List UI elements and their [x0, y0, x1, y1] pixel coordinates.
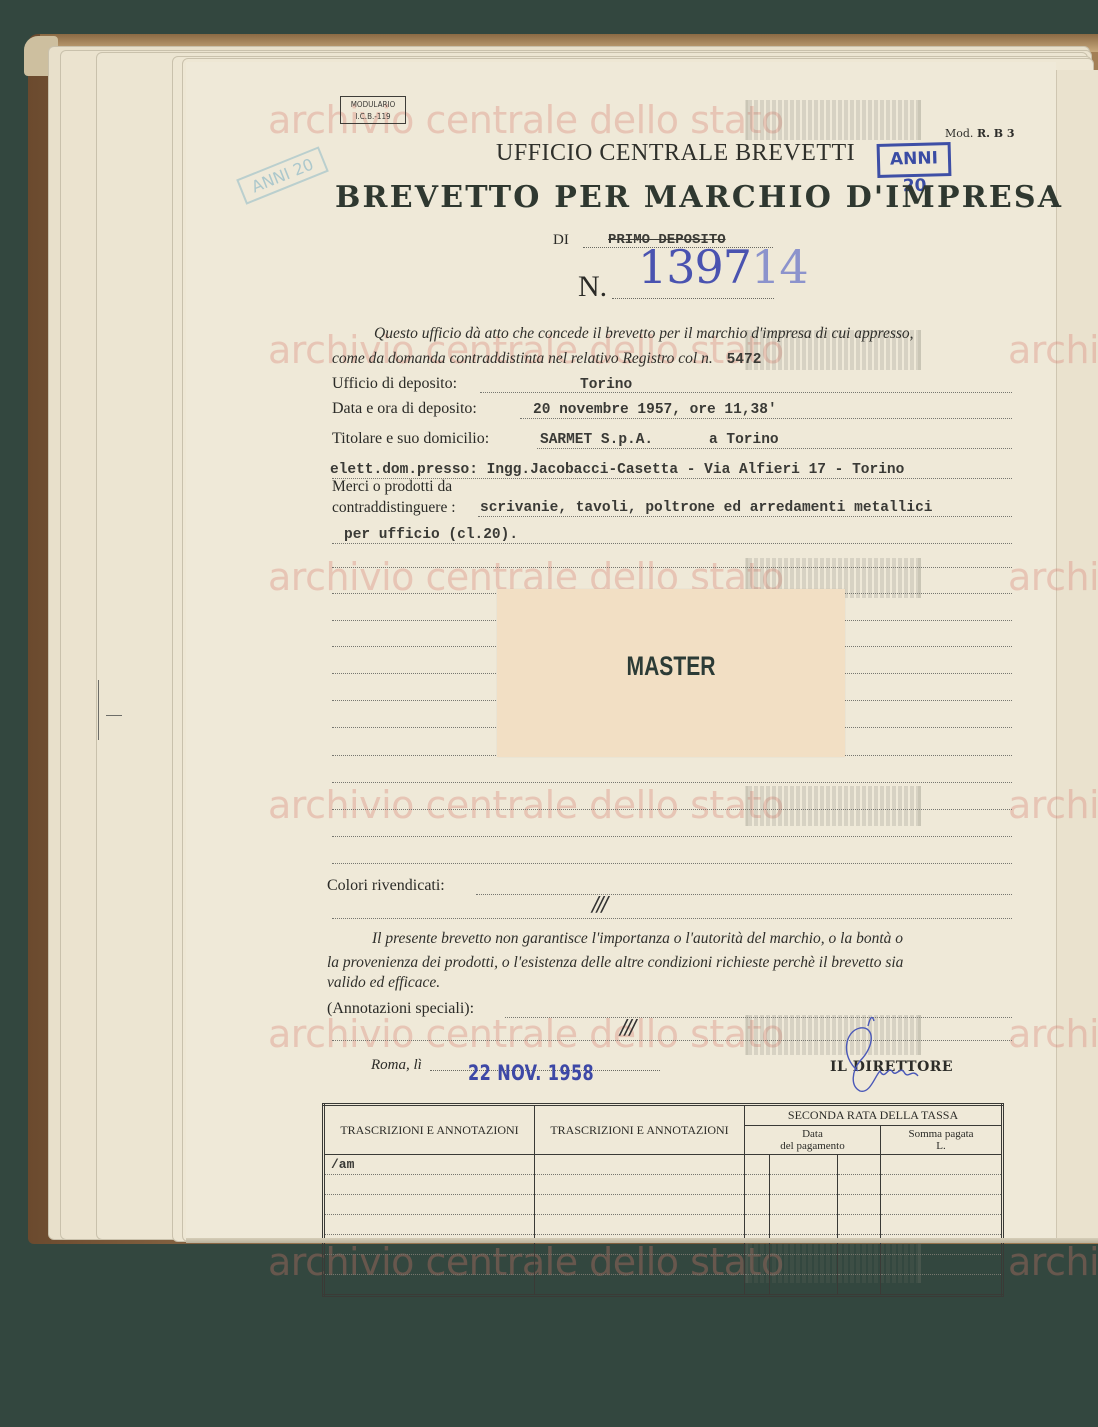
watermark-logo: [745, 100, 921, 140]
model-code-prefix: Mod.: [945, 127, 973, 140]
dotted-line: [520, 418, 1012, 419]
page-bottom-edge: [186, 1238, 1098, 1243]
dotted-line: [612, 298, 774, 299]
data-label: Data e ora di deposito:: [332, 400, 477, 418]
patent-number: 139714: [638, 240, 808, 294]
watermark-text: archivio: [1008, 1012, 1098, 1056]
intro-line-1: Questo ufficio dà atto che concede il br…: [374, 325, 914, 343]
place-label: Roma, lì: [371, 1057, 422, 1074]
dotted-line: [332, 543, 1012, 544]
table-row: [324, 1215, 1003, 1235]
watermark-logo: [745, 786, 921, 826]
table-row: [324, 1175, 1003, 1195]
col-header-somma-pagata: Somma pagata L.: [881, 1126, 1003, 1155]
binding-mark: [98, 680, 99, 740]
dotted-line: [478, 516, 1012, 517]
disclaimer-line-3: valido ed efficace.: [327, 974, 440, 992]
patent-number-main: 1397: [638, 240, 751, 294]
di-label: DI: [553, 232, 569, 249]
watermark-text: archivio: [1008, 328, 1098, 372]
dotted-line: [476, 894, 1012, 895]
watermark-text: archivio centrale dello stato: [268, 1012, 784, 1056]
registry-table: TRASCRIZIONI E ANNOTAZIONI TRASCRIZIONI …: [322, 1103, 1004, 1297]
merci-label-1: Merci o prodotti da: [332, 478, 452, 496]
table-row: [324, 1255, 1003, 1275]
titolare-city: a Torino: [709, 432, 779, 448]
issue-date-stamp: 22 NOV. 1958: [468, 1061, 594, 1085]
binding-mark: [106, 715, 122, 716]
next-page-edge: [1056, 70, 1098, 1240]
col-header-trascrizioni-2: TRASCRIZIONI E ANNOTAZIONI: [535, 1105, 745, 1155]
office-name: UFFICIO CENTRALE BREVETTI: [496, 140, 855, 167]
data-value: 20 novembre 1957, ore 11,38': [533, 402, 777, 418]
watermark-text: archivio: [1008, 1240, 1098, 1284]
intro-line-2: come da domanda contraddistinta nel rela…: [332, 350, 761, 368]
watermark-text: archivio: [1008, 555, 1098, 599]
registro-number: 5472: [727, 352, 762, 368]
patent-number-faded: 14: [751, 240, 808, 294]
dotted-line: [537, 448, 1012, 449]
disclaimer-line-1: Il presente brevetto non garantisce l'im…: [372, 930, 903, 948]
model-code: Mod. R. B 3: [945, 127, 1015, 140]
anni-stamp: ANNI 20: [877, 142, 952, 178]
table-cell: [535, 1155, 745, 1175]
merci-value-1: scrivanie, tavoli, poltrone ed arredamen…: [480, 500, 932, 516]
table-row: [324, 1275, 1003, 1296]
lire-label: L.: [883, 1140, 999, 1152]
col-header-trascrizioni-1: TRASCRIZIONI E ANNOTAZIONI: [324, 1105, 535, 1155]
ufficio-value: Torino: [580, 377, 632, 393]
first-row-note: /am: [324, 1155, 535, 1175]
form-code-box: MODULARIO I.C.B.-119: [340, 96, 406, 124]
intro-line-2-text: come da domanda contraddistinta nel rela…: [332, 350, 713, 367]
dotted-line: [332, 918, 1012, 919]
table-cell: [881, 1155, 1003, 1175]
table-row: /am: [324, 1155, 1003, 1175]
trademark-specimen: MASTER: [497, 589, 845, 757]
data-label: Data: [747, 1128, 878, 1140]
col-header-data-pagamento: Data del pagamento: [745, 1126, 881, 1155]
table-cell: [745, 1155, 770, 1175]
form-code-line1: MODULARIO: [341, 99, 405, 111]
form-code-line2: I.C.B.-119: [341, 111, 405, 123]
document-title: BREVETTO PER MARCHIO D'IMPRESA: [335, 180, 1063, 215]
number-label: N.: [578, 270, 607, 304]
dotted-line: [332, 809, 1012, 810]
dotted-line: [332, 836, 1012, 837]
dotted-line: [332, 782, 1012, 783]
titolare-name: SARMET S.p.A.: [540, 432, 653, 448]
merci-value-2: per ufficio (cl.20).: [344, 527, 518, 543]
del-pagamento-label: del pagamento: [747, 1140, 878, 1152]
dotted-line: [480, 392, 1012, 393]
col-header-seconda-rata: SECONDA RATA DELLA TASSA: [745, 1105, 1003, 1126]
domicilio-line: elett.dom.presso: Ingg.Jacobacci-Casetta…: [330, 462, 904, 478]
colori-label: Colori rivendicati:: [327, 877, 445, 895]
disclaimer-line-2: la provenienza dei prodotti, o l'esisten…: [327, 954, 903, 972]
titolare-label: Titolare e suo domicilio:: [332, 430, 489, 448]
dotted-line: [332, 863, 1012, 864]
model-code-value: R. B 3: [977, 127, 1015, 140]
dotted-line: [332, 567, 1012, 568]
somma-pagata-label: Somma pagata: [883, 1128, 999, 1140]
ufficio-label: Ufficio di deposito:: [332, 375, 457, 393]
table-cell: [770, 1155, 838, 1175]
watermark-text: archivio centrale dello stato: [268, 783, 784, 827]
annotazioni-label: (Annotazioni speciali):: [327, 1000, 474, 1018]
watermark-text: archivio: [1008, 783, 1098, 827]
signature-icon: [830, 1016, 940, 1096]
trademark-label: MASTER: [535, 651, 806, 682]
annotazioni-value: ///: [620, 1015, 634, 1039]
merci-label-2: contraddistinguere :: [332, 499, 456, 517]
table-row: [324, 1195, 1003, 1215]
table-cell: [838, 1155, 881, 1175]
colori-value: ///: [592, 892, 606, 916]
